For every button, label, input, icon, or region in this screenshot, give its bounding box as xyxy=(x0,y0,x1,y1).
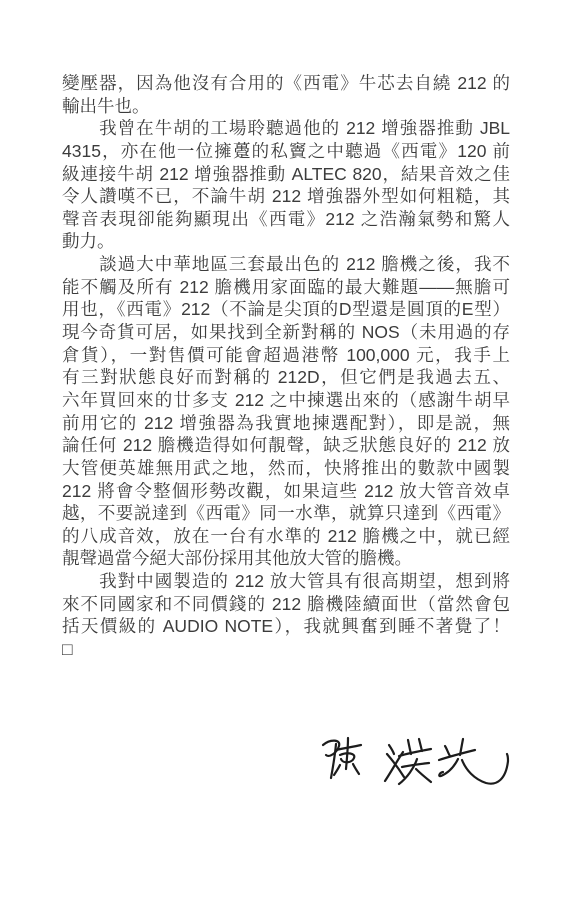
text-line: 動力。 xyxy=(62,230,510,253)
text-line: 括天價級的 AUDIO NOTE），我就興奮到睡不著覺了！ xyxy=(62,615,510,638)
author-signature xyxy=(290,726,520,818)
handwritten-signature-drawing xyxy=(290,726,520,818)
text-line: 有三對狀態良好而對稱的 212D，但它們是我過去五、 xyxy=(62,366,510,389)
text-line: 靚聲過當今絕大部份採用其他放大管的膽機。 xyxy=(62,547,510,570)
text-line: 越，不要説達到《西電》同一水準，就算只達到《西電》 xyxy=(62,502,510,525)
text-line: 令人讚嘆不已，不論牛胡 212 增強器外型如何粗糙，其 xyxy=(62,185,510,208)
text-line: 我曾在牛胡的工場聆聽過他的 212 增強器推動 JBL xyxy=(62,117,510,140)
text-line: 變壓器，因為他沒有合用的《西電》牛芯去自繞 212 的 xyxy=(62,72,510,95)
text-line: 談過大中華地區三套最出色的 212 膽機之後，我不 xyxy=(62,253,510,276)
article-body: 變壓器，因為他沒有合用的《西電》牛芯去自繞 212 的輸出牛也。 我曾在牛胡的工… xyxy=(62,72,510,661)
text-line: 前用它的 212 增強器為我實地揀選配對），即是説，無 xyxy=(62,412,510,435)
text-line: □ xyxy=(62,638,510,661)
text-line: 的八成音效，放在一台有水準的 212 膽機之中，就已經 xyxy=(62,525,510,548)
text-line: 大管便英雄無用武之地，然而，快將推出的數款中國製 xyxy=(62,457,510,480)
text-line: 212 將會令整個形勢改觀，如果這些 212 放大管音效卓 xyxy=(62,480,510,503)
text-line: 用也，《西電》212（不論是尖頂的D型還是圓頂的E型） xyxy=(62,298,510,321)
text-line: 聲音表現卻能夠顯現出《西電》212 之浩瀚氣勢和驚人 xyxy=(62,208,510,231)
text-line: 六年買回來的廿多支 212 之中揀選出來的（感謝牛胡早 xyxy=(62,389,510,412)
document-page: 變壓器，因為他沒有合用的《西電》牛芯去自繞 212 的輸出牛也。 我曾在牛胡的工… xyxy=(0,0,569,900)
text-line: 來不同國家和不同價錢的 212 膽機陸續面世（當然會包 xyxy=(62,593,510,616)
text-line: 能不觸及所有 212 膽機用家面臨的最大難題——無膽可 xyxy=(62,276,510,299)
text-line: 我對中國製造的 212 放大管具有很高期望，想到將 xyxy=(62,570,510,593)
text-line: 倉貨），一對售價可能會超過港幣 100,000 元，我手上 xyxy=(62,344,510,367)
text-line: 4315，亦在他一位擁躉的私竇之中聽過《西電》120 前 xyxy=(62,140,510,163)
text-line: 現今奇貨可居，如果找到全新對稱的 NOS（未用過的存 xyxy=(62,321,510,344)
text-line: 輸出牛也。 xyxy=(62,95,510,118)
text-line: 級連接牛胡 212 增強器推動 ALTEC 820，結果音效之佳 xyxy=(62,163,510,186)
text-line: 論任何 212 膽機造得如何靚聲，缺乏狀態良好的 212 放 xyxy=(62,434,510,457)
